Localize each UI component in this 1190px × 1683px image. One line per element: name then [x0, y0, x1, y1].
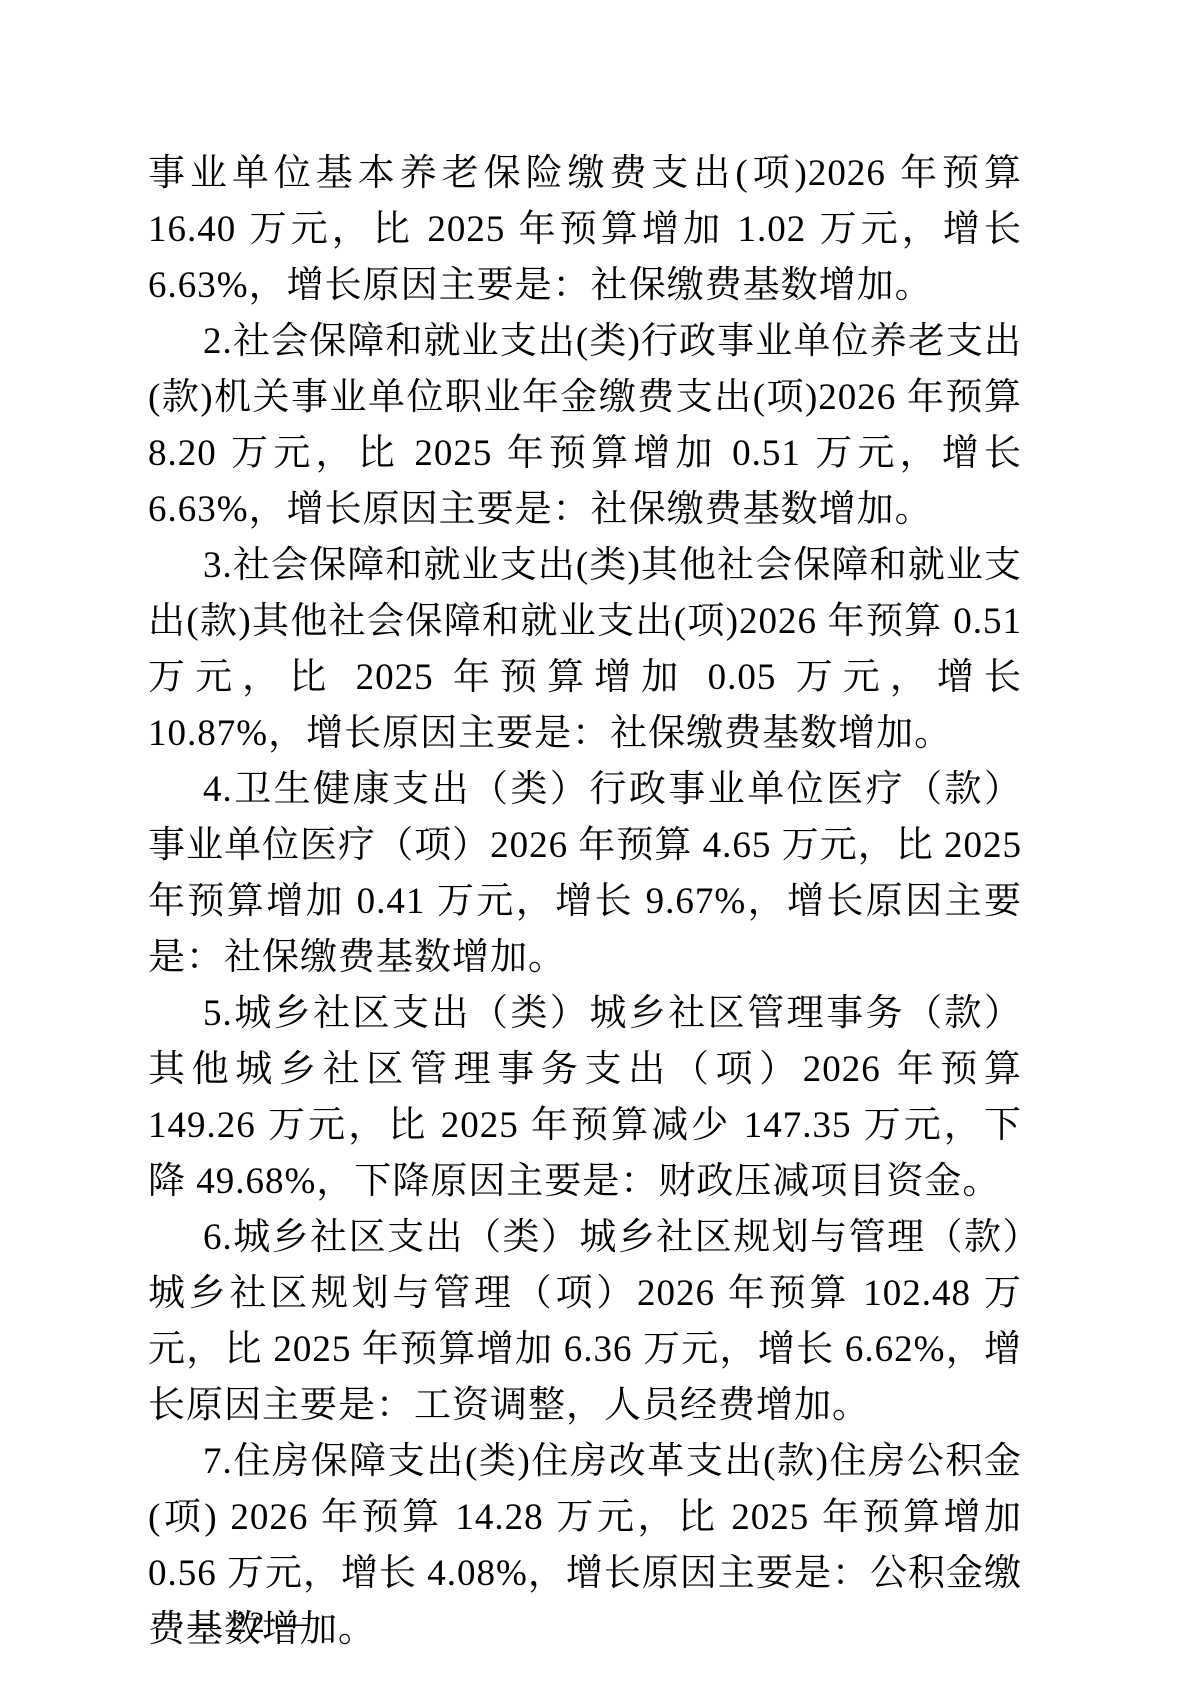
document-page: 事业单位基本养老保险缴费支出(项)2026 年预算 16.40 万元，比 202… [0, 0, 1190, 1683]
paragraph-2-occupational-annuity: 2.社会保障和就业支出(类)行政事业单位养老支出(款)机关事业单位职业年金缴费支… [148, 314, 1022, 538]
page-footer: — 22 — [146, 1572, 311, 1674]
paragraph-5-community-management: 5.城乡社区支出（类）城乡社区管理事务（款）其他城乡社区管理事务支出（项）202… [148, 986, 1022, 1210]
paragraph-4-health-expenditure: 4.卫生健康支出（类）行政事业单位医疗（款）事业单位医疗（项）2026 年预算 … [148, 762, 1022, 986]
page-number: — 22 — [188, 1606, 311, 1639]
paragraph-basic-pension-continuation: 事业单位基本养老保险缴费支出(项)2026 年预算 16.40 万元，比 202… [148, 146, 1022, 314]
document-body: 事业单位基本养老保险缴费支出(项)2026 年预算 16.40 万元，比 202… [148, 146, 1022, 1658]
paragraph-6-community-planning: 6.城乡社区支出（类）城乡社区规划与管理（款）城乡社区规划与管理（项）2026 … [148, 1210, 1022, 1434]
paragraph-3-other-social-security: 3.社会保障和就业支出(类)其他社会保障和就业支出(款)其他社会保障和就业支出(… [148, 538, 1022, 762]
